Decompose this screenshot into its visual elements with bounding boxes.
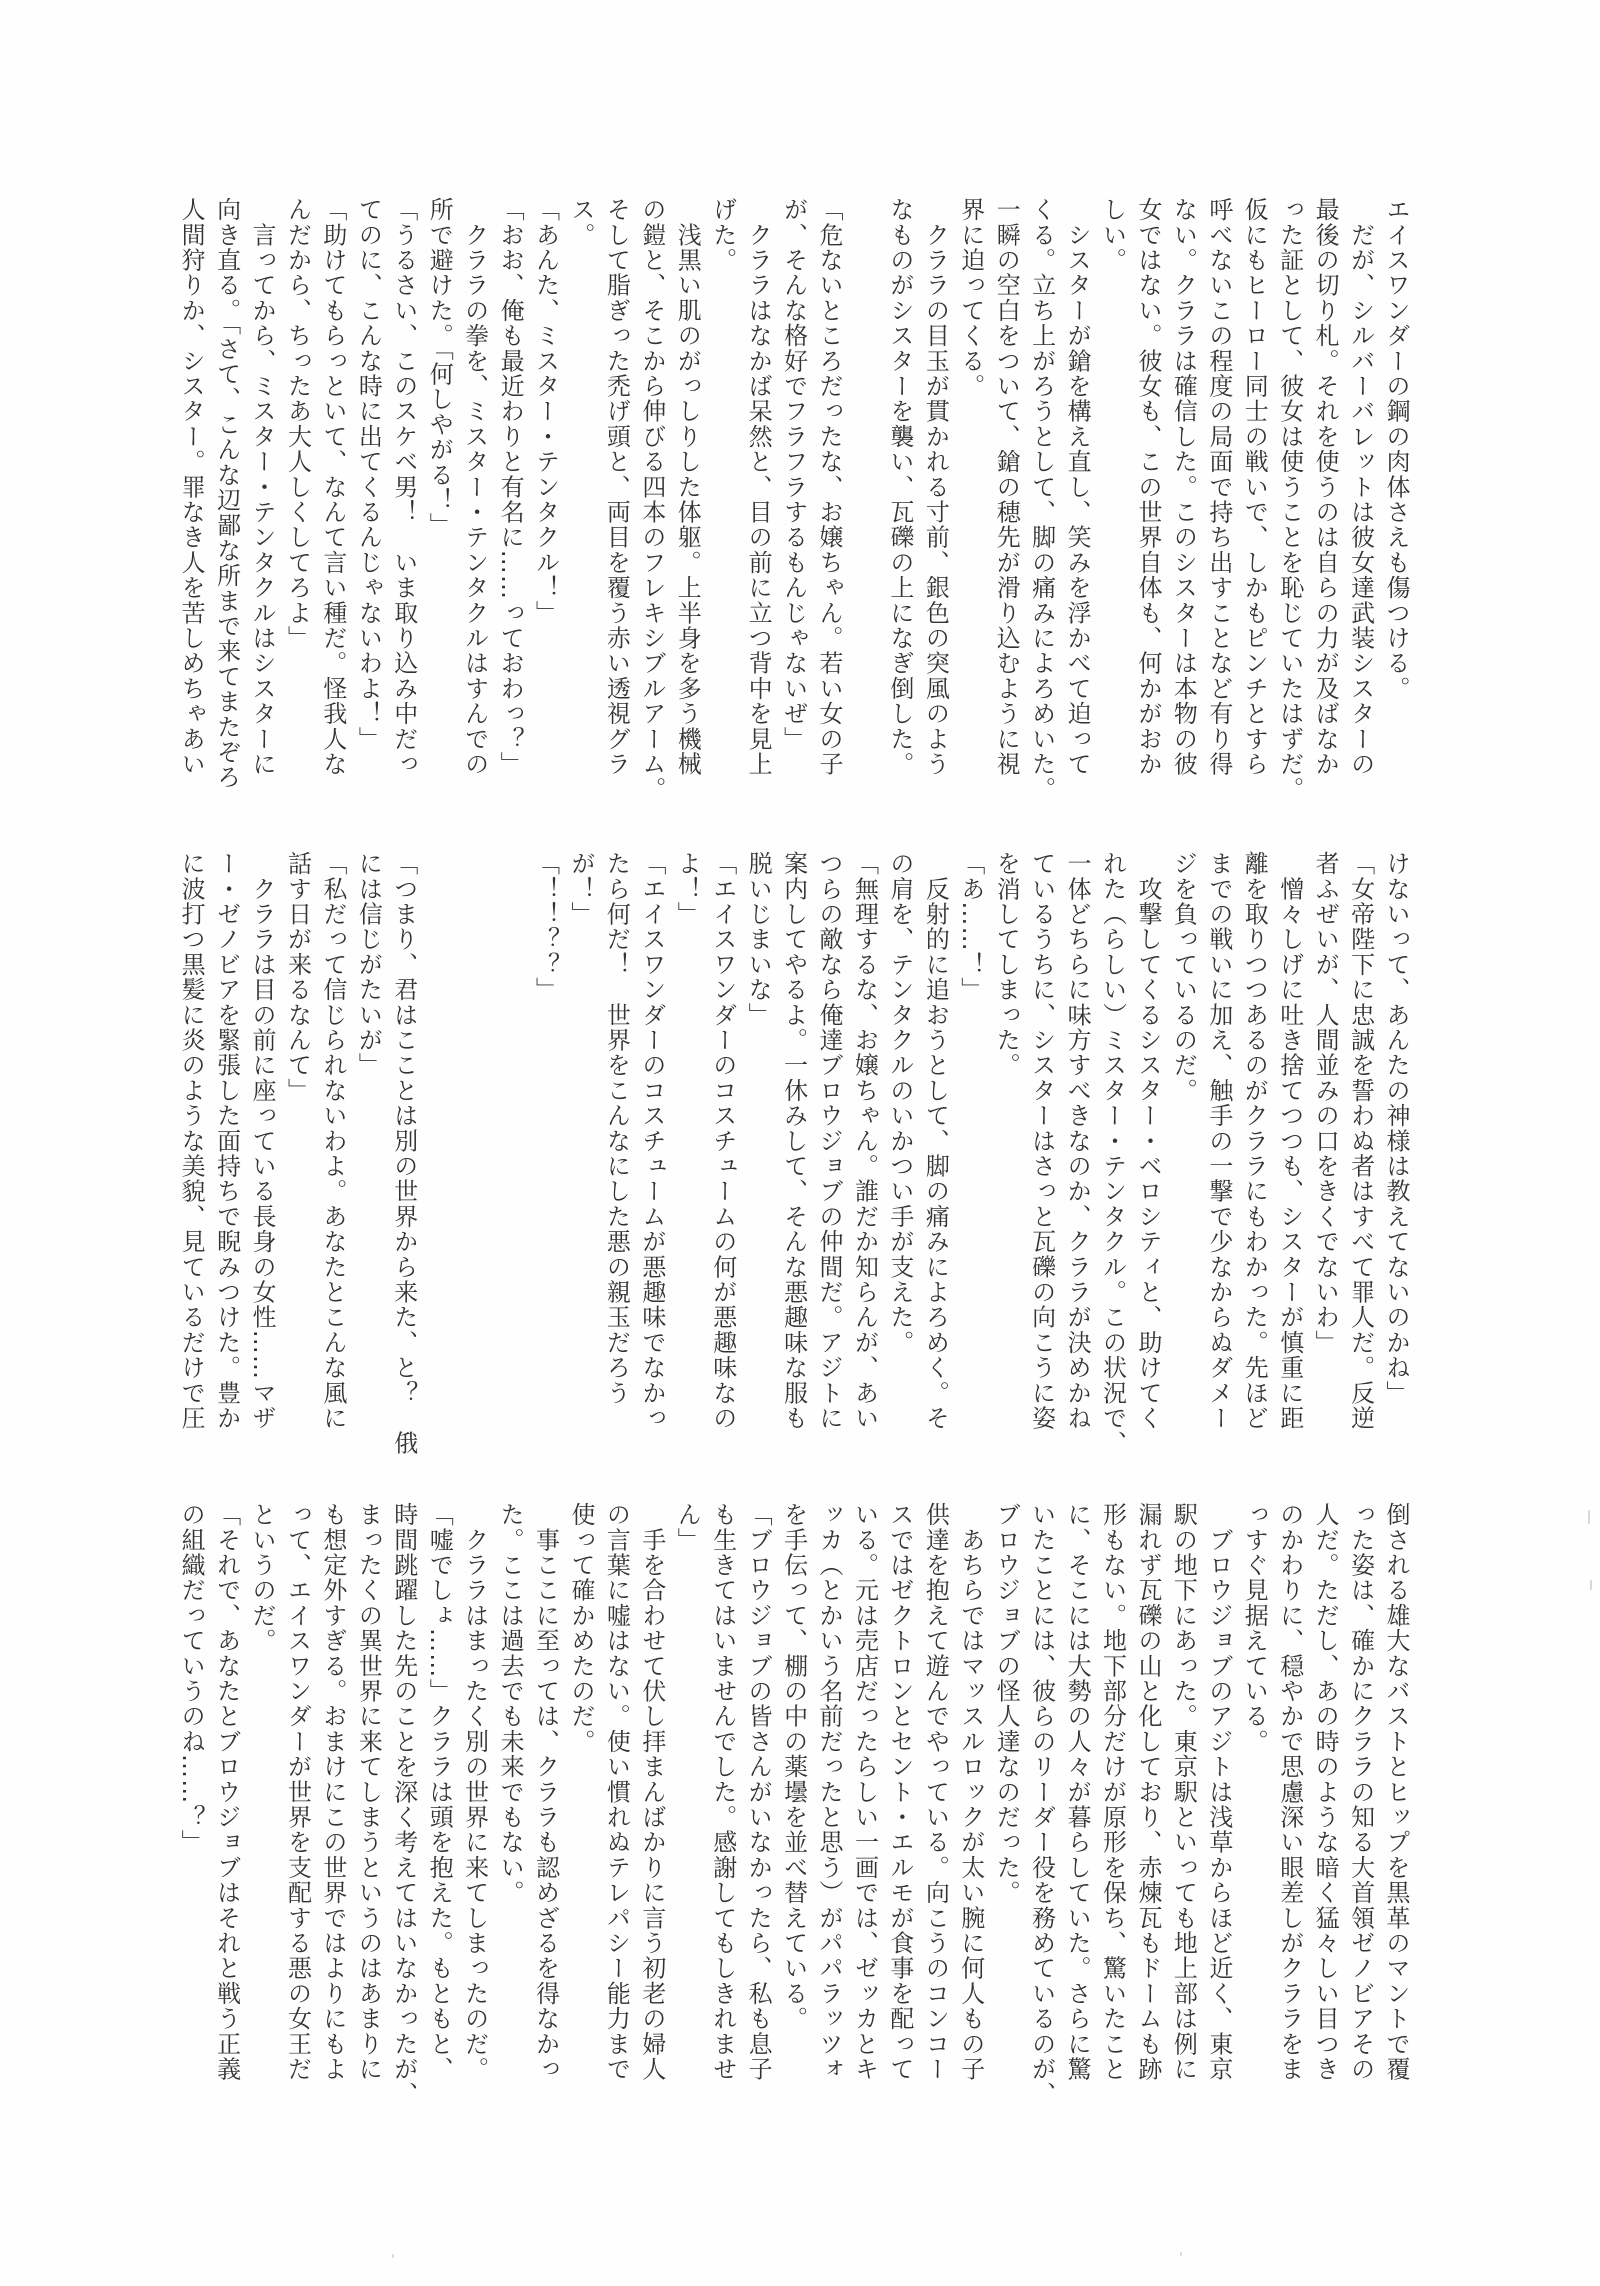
text-line: たら何だ！ 世界をこんなにした悪の親玉だろう (598, 851, 633, 1461)
text-line: けないって、あんたの神様は教えてないのかね」 (1378, 851, 1413, 1461)
text-line: 「あ……！」 (952, 851, 987, 1461)
text-line: 憎々しげに吐き捨てつつも、シスターが慎重に距 (1271, 851, 1306, 1461)
text-line: た。ここは過去でも未来でもない。 (492, 1502, 527, 2112)
scan-speck (392, 2254, 394, 2258)
text-line: シスターが鎗を構え直し、笑みを浮かべて迫って (1059, 197, 1094, 807)
text-line: しい。 (1094, 197, 1129, 807)
text-line: 離を取りつつあるのがクララにもわかった。先ほど (1236, 851, 1271, 1461)
text-line: だが、シルバーバレットは彼女達武装シスターの (1342, 197, 1377, 807)
text-line: の組織だっていうのね……？」 (173, 1502, 208, 2112)
text-line: 「ブロウジョブの皆さんがいなかったら、私も息子 (740, 1502, 775, 2112)
text-line: なものがシスターを襲い、瓦礫の上になぎ倒した。 (881, 197, 916, 807)
text-line: 事ここに至っては、クララも認めざるを得なかっ (527, 1502, 562, 2112)
text-line: 一瞬の空白をついて、鎗の穂先が滑り込むように視 (988, 197, 1023, 807)
text-line: 「無理するな、お嬢ちゃん。誰だか知らんが、あい (846, 851, 881, 1461)
text-line: 供達を抱えて遊んでやっている。向こうのコンコー (917, 1502, 952, 2112)
text-line: てのに、こんな時に出てくるんじゃないわよ！」 (350, 197, 385, 807)
text-line: 「あんた、ミスター・テンタクル！」 (527, 197, 562, 807)
text-line: くる。立ち上がろうとして、脚の痛みによろめいた。 (1023, 197, 1058, 807)
text-line: 「エイスワンダーのコスチュームが悪趣味でなかっ (633, 851, 668, 1461)
blank-line (492, 851, 527, 1461)
text-line: 「私だって信じられないわよ。あなたとこんな風に (314, 851, 349, 1461)
blank-line (421, 851, 456, 1461)
scan-speck (1590, 1580, 1592, 1590)
text-line: 「嘘でしょ……」クララは頭を抱えた。もともと、 (421, 1502, 456, 2112)
text-line: 「つまり、君はこことは別の世界から来た、と？ 俄 (385, 851, 420, 1461)
text-line: を手伝って、棚の中の薬壜を並べ替えている。 (775, 1502, 810, 2112)
text-tier-top: エイスワンダーの鋼の肉体さえも傷つける。 だが、シルバーバレットは彼女達武装シス… (172, 197, 1413, 807)
text-line: ス。 (563, 197, 598, 807)
text-line: 仮にもヒーロー同士の戦いで、しかもピンチとすら (1236, 197, 1271, 807)
text-line: 話す日が来るなんて」 (279, 851, 314, 1461)
text-line: つらの敵なら俺達ブロウジョブの仲間だ。アジトに (811, 851, 846, 1461)
text-line: も想定外すぎる。おまけにこの世界ではよりにもよ (314, 1502, 349, 2112)
text-line: の言葉に嘘はない。使い慣れぬテレパシー能力まで (598, 1502, 633, 2112)
text-line: 浅黒い肌のがっしりした体躯。上半身を多う機械 (669, 197, 704, 807)
novel-page: エイスワンダーの鋼の肉体さえも傷つける。 だが、シルバーバレットは彼女達武装シス… (0, 0, 1600, 2286)
text-line: 攻撃してくるシスター・ベロシティと、助けてく (1130, 851, 1165, 1461)
text-line: 手を合わせて伏し拝まんばかりに言う初老の婦人 (633, 1502, 668, 2112)
text-line: 「エイスワンダーのコスチュームの何が悪趣味なの (704, 851, 739, 1461)
text-line: 使って確かめたのだ。 (563, 1502, 598, 2112)
text-line: よ！」 (669, 851, 704, 1461)
text-line: 人だ。ただし、あの時のような暗く猛々しい目つき (1307, 1502, 1342, 2112)
text-line: 「女帝陛下に忠誠を誓わぬ者はすべて罪人だ。反逆 (1342, 851, 1377, 1461)
text-line: クララは目の前に座っている長身の女性……マザ (244, 851, 279, 1461)
scan-speck (1180, 2252, 1182, 2256)
text-tier-bottom: 倒される雄大なバストとヒップを黒革のマントで覆 った姿は、確かにクララの知る大首… (172, 1502, 1413, 2112)
text-line: 「危ないところだったな、お嬢ちゃん。若い女の子 (811, 197, 846, 807)
text-line: の鎧と、そこから伸びる四本のフレキシブルアーム。 (633, 197, 668, 807)
text-line: あちらではマッスルロックが太い腕に何人もの子 (952, 1502, 987, 2112)
text-line: が、そんな格好でフラフラするもんじゃないぜ」 (775, 197, 810, 807)
text-line: いる。元は売店だったらしい一画では、ゼッカとキ (846, 1502, 881, 2112)
text-line: った姿は、確かにクララの知る大首領ゼノビアその (1342, 1502, 1377, 2112)
text-line: クララはまったく別の世界に来てしまったのだ。 (456, 1502, 491, 2112)
text-line: 向き直る。「さて、こんな辺鄙な所まで来てまたぞろ (208, 197, 243, 807)
text-line: に波打つ黒髪に炎のような美貌、見ているだけで圧 (173, 851, 208, 1461)
text-line: 漏れず瓦礫の山と化しており、赤煉瓦もドームも跡 (1130, 1502, 1165, 2112)
text-line: 「それで、あなたとブロウジョブはそれと戦う正義 (208, 1502, 243, 2112)
text-line: れた（らしい）ミスター・テンタクル。この状況で、 (1094, 851, 1129, 1461)
text-line: ているうちに、シスターはさっと瓦礫の向こうに姿 (1023, 851, 1058, 1461)
blank-line (456, 851, 491, 1461)
text-line: 形もない。地下部分だけが原形を保ち、驚いたこと (1094, 1502, 1129, 2112)
text-line: が！」 (563, 851, 598, 1461)
text-line: ない。クララは確信した。このシスターは本物の彼 (1165, 197, 1200, 807)
text-line: 「！！？？」 (527, 851, 562, 1461)
text-line: 最後の切り札。それを使うのは自らの力が及ばなか (1307, 197, 1342, 807)
text-line: を消してしまった。 (988, 851, 1023, 1461)
text-line: 倒される雄大なバストとヒップを黒革のマントで覆 (1378, 1502, 1413, 2112)
text-line: までの戦いに加え、触手の一撃で少なからぬダメー (1200, 851, 1235, 1461)
text-line: まったくの異世界に来てしまうというのはあまりに (350, 1502, 385, 2112)
text-line: 駅の地下にあった。東京駅といっても地上部は例に (1165, 1502, 1200, 2112)
text-line: ジを負っているのだ。 (1165, 851, 1200, 1461)
text-line: の肩を、テンタクルのいかつい手が支えた。 (881, 851, 916, 1461)
blank-line (846, 197, 881, 807)
text-line: クララの目玉が貫かれる寸前、銀色の突風のよう (917, 197, 952, 807)
text-tier-middle: けないって、あんたの神様は教えてないのかね」 「女帝陛下に忠誠を誓わぬ者はすべて… (172, 851, 1413, 1461)
text-line: ー・ゼノビアを緊張した面持ちで睨みつけた。豊か (208, 851, 243, 1461)
text-line: 「おお、俺も最近わりと有名に……っておわっ？」 (492, 197, 527, 807)
text-line: 界に迫ってくる。 (952, 197, 987, 807)
text-line: いたことには、彼らのリーダー役を務めているのが、 (1023, 1502, 1058, 2112)
text-line: げた。 (704, 197, 739, 807)
text-line: 「助けてもらっといて、なんて言い種だ。怪我人な (314, 197, 349, 807)
text-line: ッカ（とかいう名前だったと思う）がパパラッツォ (811, 1502, 846, 2112)
text-line: というのだ。 (244, 1502, 279, 2112)
text-line: 言ってから、ミスター・テンタクルはシスターに (244, 197, 279, 807)
text-line: ん」 (669, 1502, 704, 2112)
text-line: って、エイスワンダーが世界を支配する悪の女王だ (279, 1502, 314, 2112)
text-line: そして脂ぎった禿げ頭と、両目を覆う赤い透視グラ (598, 197, 633, 807)
text-line: 所で避けた。「何しやがる！」 (421, 197, 456, 807)
text-line: 脱いじまいな」 (740, 851, 775, 1461)
text-line: 反射的に追おうとして、脚の痛みによろめく。そ (917, 851, 952, 1461)
text-line: んだから、ちったあ大人しくしてろよ」 (279, 197, 314, 807)
text-line: クララはなかば呆然と、目の前に立つ背中を見上 (740, 197, 775, 807)
text-line: 呼べないこの程度の局面で持ち出すことなど有り得 (1200, 197, 1235, 807)
text-line: 案内してやるよ。一休みして、そんな悪趣味な服も (775, 851, 810, 1461)
text-line: も生きてはいませんでした。感謝してもしきれませ (704, 1502, 739, 2112)
text-line: ブロウジョブのアジトは浅草からほど近く、東京 (1200, 1502, 1235, 2112)
scan-speck (1588, 1510, 1590, 1524)
text-line: 女ではない。彼女も、この世界自体も、何かがおか (1130, 197, 1165, 807)
text-line: 人間狩りか、シスター。罪なき人を苦しめちゃあい (173, 197, 208, 807)
text-line: っすぐ見据えている。 (1236, 1502, 1271, 2112)
text-line: 時間跳躍した先のことを深く考えてはいなかったが、 (385, 1502, 420, 2112)
text-line: エイスワンダーの鋼の肉体さえも傷つける。 (1378, 197, 1413, 807)
text-line: スではゼクトロンとセント・エルモが食事を配って (881, 1502, 916, 2112)
text-line: ブロウジョブの怪人達なのだった。 (988, 1502, 1023, 2112)
text-line: クララの拳を、ミスター・テンタクルはすんでの (456, 197, 491, 807)
text-line: 「うるさい、このスケベ男！ いま取り込み中だっ (385, 197, 420, 807)
text-line: った証として、彼女は使うことを恥じていたはずだ。 (1271, 197, 1306, 807)
text-line: のかわりに、穏やかで思慮深い眼差しがクララをま (1271, 1502, 1306, 2112)
text-line: 一体どちらに味方すべきなのか、クララが決めかね (1059, 851, 1094, 1461)
text-line: には信じがたいが」 (350, 851, 385, 1461)
text-line: に、そこには大勢の人々が暮らしていた。さらに驚 (1059, 1502, 1094, 2112)
text-line: 者ふぜいが、人間並みの口をきくでないわ」 (1307, 851, 1342, 1461)
